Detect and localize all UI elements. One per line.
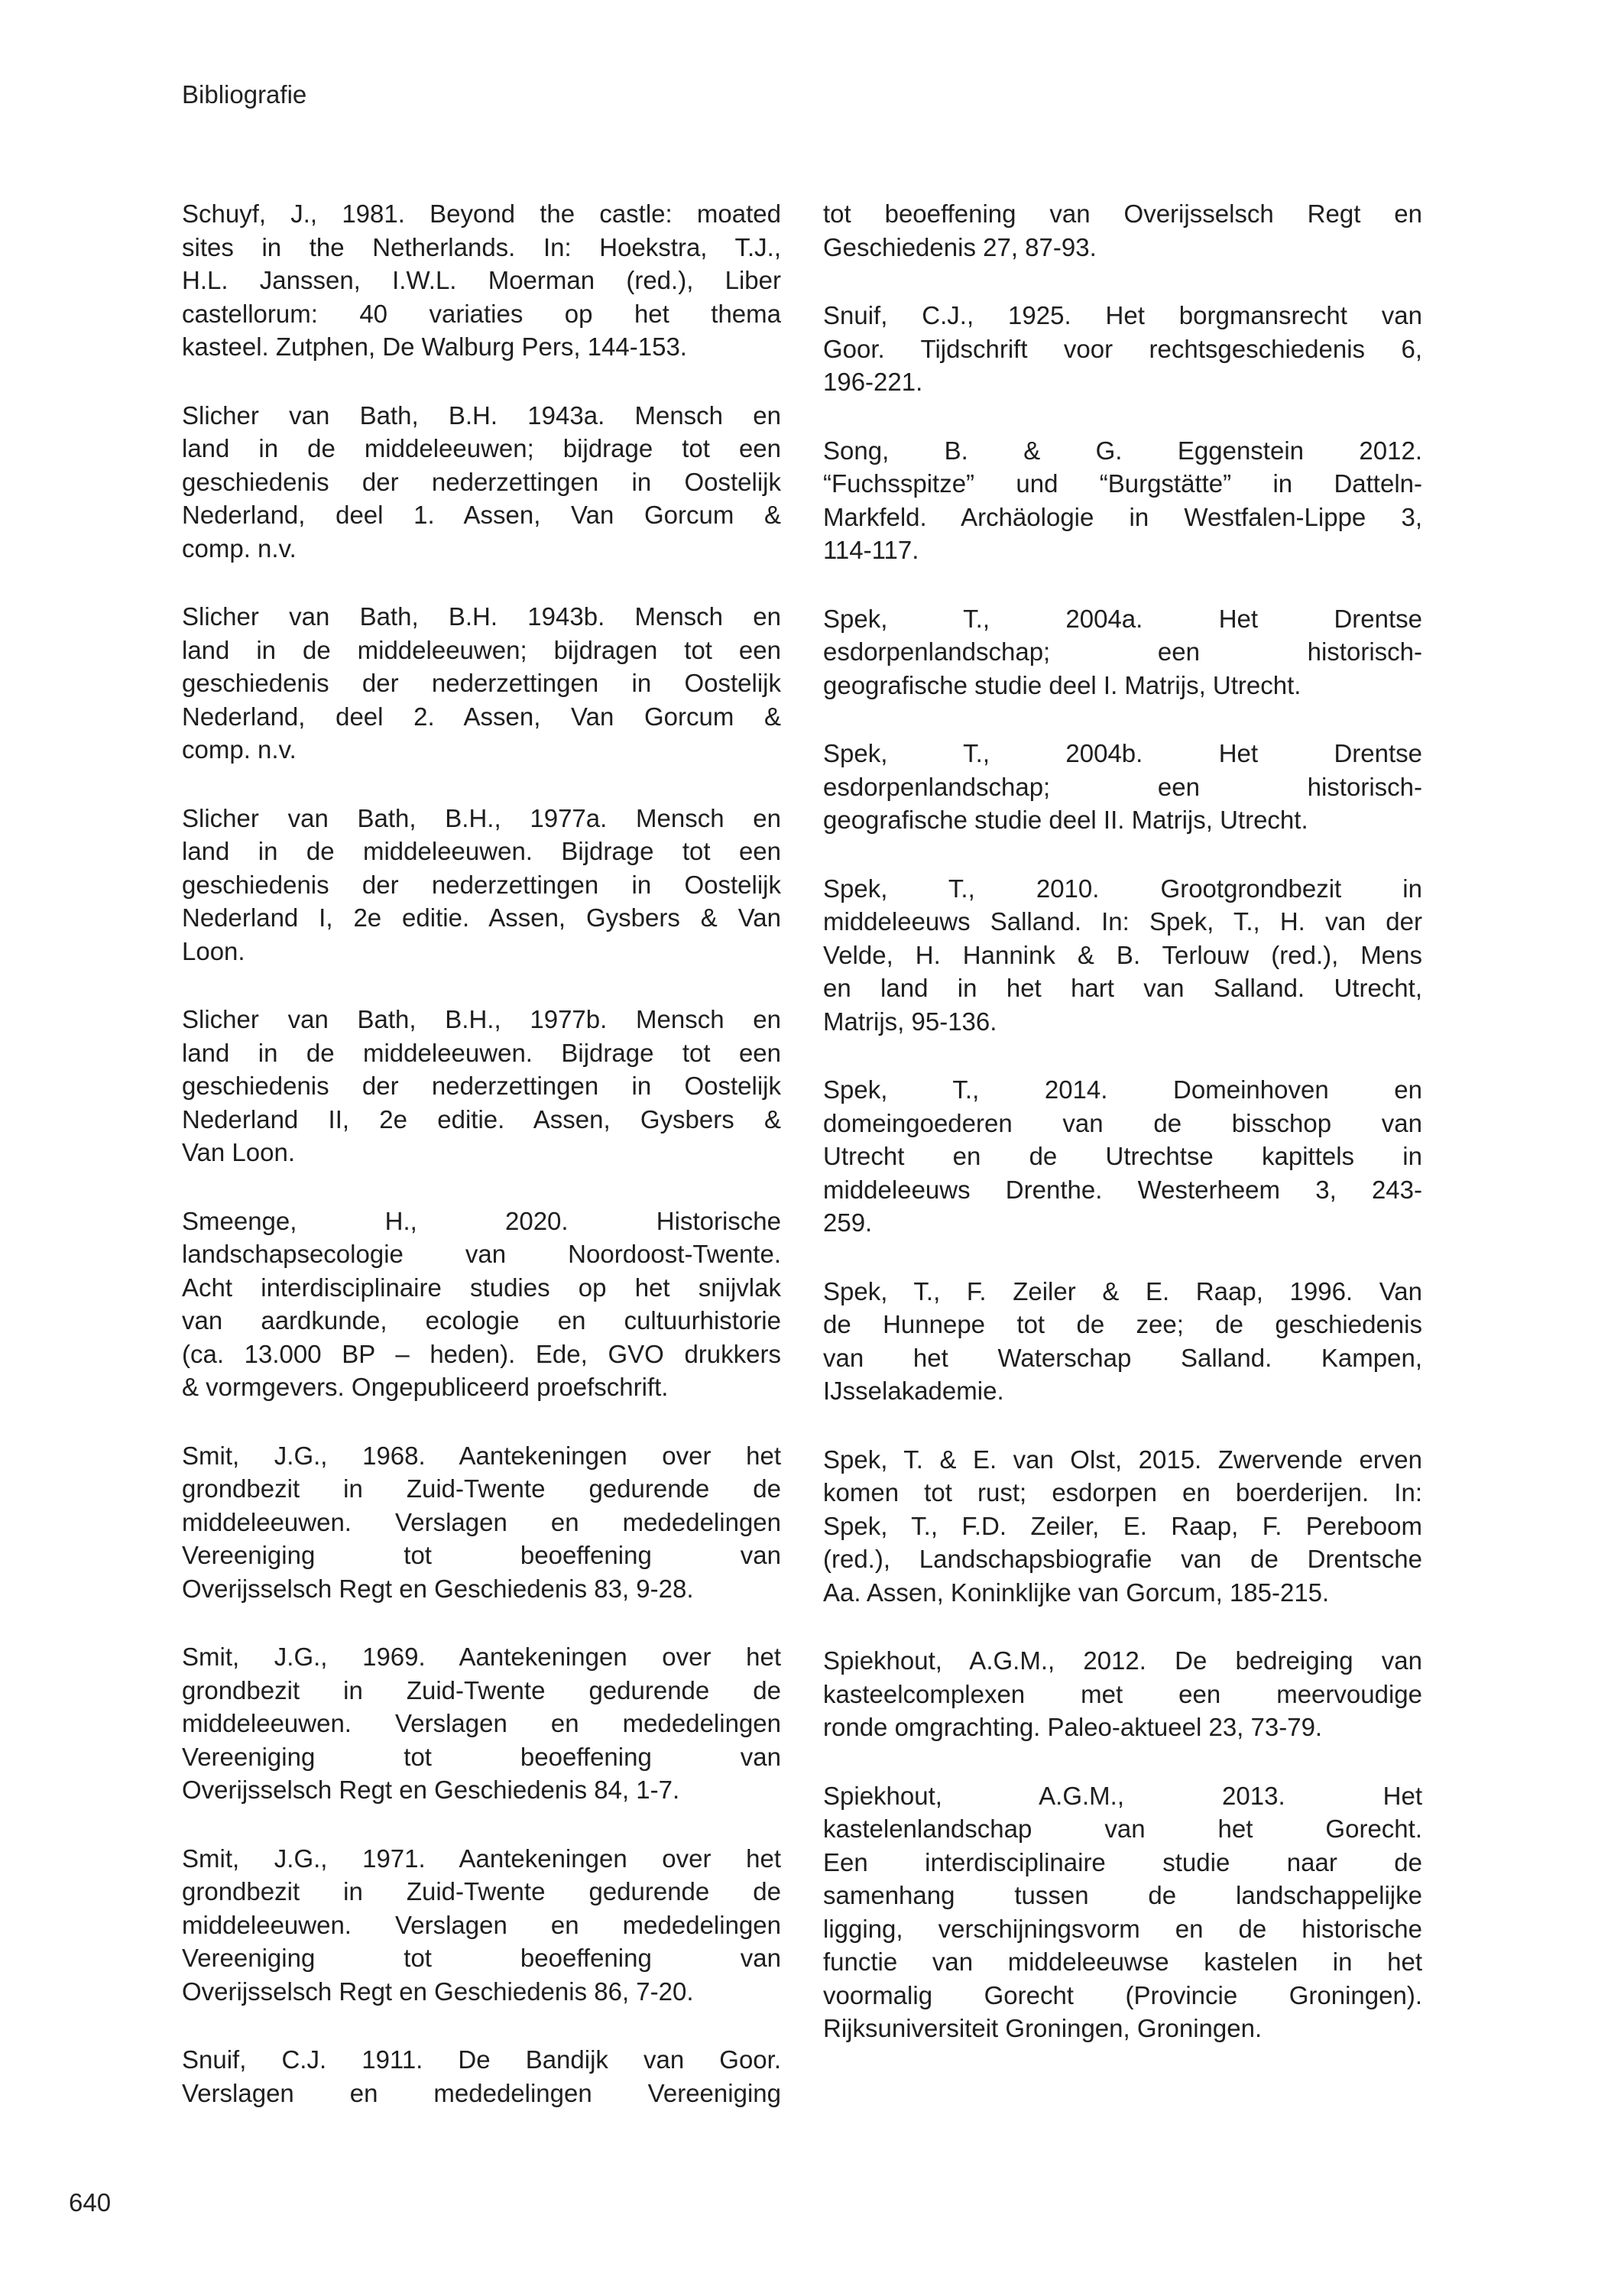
bibliography-entry: Slicher van Bath, B.H. 1943a. Mensch enl… xyxy=(182,399,781,566)
entry-line: Snuif, C.J. 1911. De Bandijk van Goor. xyxy=(182,2043,781,2077)
entry-line: van aardkunde, ecologie en cultuurhistor… xyxy=(182,1304,781,1338)
entry-line: Slicher van Bath, B.H. 1943a. Mensch en xyxy=(182,399,781,433)
entry-line: Markfeld. Archäologie in Westfalen-Lippe… xyxy=(823,501,1422,534)
entry-line: komen tot rust; esdorpen en boerderijen.… xyxy=(823,1476,1422,1510)
entry-line: middeleeuws Salland. In: Spek, T., H. va… xyxy=(823,905,1422,939)
entry-line: 259. xyxy=(823,1206,1422,1240)
entry-line: en land in het hart van Salland. Utrecht… xyxy=(823,971,1422,1005)
bibliography-entry: Slicher van Bath, B.H. 1943b. Mensch enl… xyxy=(182,600,781,767)
entry-line: Goor. Tijdschrift voor rechtsgeschiedeni… xyxy=(823,332,1422,366)
entry-line: castellorum: 40 variaties op het thema xyxy=(182,297,781,331)
bibliography-entry: Smit, J.G., 1969. Aantekeningen over het… xyxy=(182,1640,781,1807)
entry-line: Spek, T., 2004a. Het Drentse xyxy=(823,602,1422,636)
entry-line: Smit, J.G., 1969. Aantekeningen over het xyxy=(182,1640,781,1674)
entry-line: geografische studie deel II. Matrijs, Ut… xyxy=(823,803,1422,837)
bibliography-entry: Spek, T., 2014. Domeinhoven endomeingoed… xyxy=(823,1073,1422,1240)
entry-line: Verslagen en mededelingen Vereeniging xyxy=(182,2077,781,2110)
entry-line: Een interdisciplinaire studie naar de xyxy=(823,1846,1422,1879)
entry-line: Smit, J.G., 1968. Aantekeningen over het xyxy=(182,1439,781,1473)
entry-line: comp. n.v. xyxy=(182,733,781,767)
entry-line: Nederland I, 2e editie. Assen, Gysbers &… xyxy=(182,901,781,935)
entry-line: Overijsselsch Regt en Geschiedenis 86, 7… xyxy=(182,1975,781,2009)
entry-line: geschiedenis der nederzettingen in Ooste… xyxy=(182,1069,781,1103)
entry-line: tot beoeffening van Overijsselsch Regt e… xyxy=(823,197,1422,231)
bibliography-entry: Smeenge, H., 2020. Historischelandschaps… xyxy=(182,1205,781,1404)
bibliography-entry: Spiekhout, A.G.M., 2013. Hetkastelenland… xyxy=(823,1779,1422,2045)
entry-line: domeingoederen van de bisschop van xyxy=(823,1107,1422,1140)
entry-line: Vereeniging tot beoeffening van xyxy=(182,1941,781,1975)
entry-line: Velde, H. Hannink & B. Terlouw (red.), M… xyxy=(823,939,1422,972)
bibliography-entry: Smit, J.G., 1971. Aantekeningen over het… xyxy=(182,1842,781,2009)
entry-line: (red.), Landschapsbiografie van de Drent… xyxy=(823,1542,1422,1576)
entry-line: samenhang tussen de landschappelijke xyxy=(823,1879,1422,1912)
entry-line: middeleeuwen. Verslagen en mededelingen xyxy=(182,1909,781,1942)
bibliography-entry: Slicher van Bath, B.H., 1977b. Mensch en… xyxy=(182,1003,781,1169)
entry-line: Vereeniging tot beoeffening van xyxy=(182,1539,781,1572)
entry-line: sites in the Netherlands. In: Hoekstra, … xyxy=(182,231,781,264)
entry-line: Rijksuniversiteit Groningen, Groningen. xyxy=(823,2012,1422,2045)
bibliography-entry: Spiekhout, A.G.M., 2012. De bedreiging v… xyxy=(823,1644,1422,1744)
entry-line: Spek, T., F.D. Zeiler, E. Raap, F. Pereb… xyxy=(823,1510,1422,1543)
running-header: Bibliografie xyxy=(182,79,306,110)
entry-line: ligging, verschijningsvorm en de histori… xyxy=(823,1912,1422,1946)
entry-line: geografische studie deel I. Matrijs, Utr… xyxy=(823,669,1422,702)
entry-line: kastelenlandschap van het Gorecht. xyxy=(823,1812,1422,1846)
entry-line: Smit, J.G., 1971. Aantekeningen over het xyxy=(182,1842,781,1876)
entry-line: kasteel. Zutphen, De Walburg Pers, 144-1… xyxy=(182,330,781,364)
entry-line: Slicher van Bath, B.H. 1943b. Mensch en xyxy=(182,600,781,634)
bibliography-entry: Smit, J.G., 1968. Aantekeningen over het… xyxy=(182,1439,781,1606)
entry-line: Spek, T., 2014. Domeinhoven en xyxy=(823,1073,1422,1107)
entry-line: grondbezit in Zuid-Twente gedurende de xyxy=(182,1674,781,1708)
entry-line: Spiekhout, A.G.M., 2012. De bedreiging v… xyxy=(823,1644,1422,1678)
entry-line: IJsselakademie. xyxy=(823,1374,1422,1408)
entry-line: land in de middeleeuwen. Bijdrage tot ee… xyxy=(182,835,781,868)
entry-line: geschiedenis der nederzettingen in Ooste… xyxy=(182,868,781,902)
entry-line: Spek, T., 2004b. Het Drentse xyxy=(823,737,1422,770)
entry-line: ronde omgrachting. Paleo-aktueel 23, 73-… xyxy=(823,1711,1422,1744)
entry-line: Slicher van Bath, B.H., 1977a. Mensch en xyxy=(182,802,781,835)
entry-line: geschiedenis der nederzettingen in Ooste… xyxy=(182,666,781,700)
page-number: 640 xyxy=(69,2188,111,2218)
entry-line: grondbezit in Zuid-Twente gedurende de xyxy=(182,1875,781,1909)
entry-line: Schuyf, J., 1981. Beyond the castle: moa… xyxy=(182,197,781,231)
entry-line: Spiekhout, A.G.M., 2013. Het xyxy=(823,1779,1422,1813)
bibliography-entry: Snuif, C.J., 1925. Het borgmansrecht van… xyxy=(823,299,1422,399)
entry-line: Acht interdisciplinaire studies op het s… xyxy=(182,1271,781,1305)
entry-line: 114-117. xyxy=(823,534,1422,567)
bibliography-column-left: Schuyf, J., 1981. Beyond the castle: moa… xyxy=(182,197,781,2145)
entry-line: Loon. xyxy=(182,935,781,968)
entry-line: comp. n.v. xyxy=(182,532,781,566)
entry-line: (ca. 13.000 BP – heden). Ede, GVO drukke… xyxy=(182,1338,781,1371)
entry-line: H.L. Janssen, I.W.L. Moerman (red.), Lib… xyxy=(182,264,781,297)
entry-line: “Fuchsspitze” und “Burgstätte” in Dattel… xyxy=(823,467,1422,501)
entry-line: Nederland, deel 2. Assen, Van Gorcum & xyxy=(182,700,781,734)
entry-line: Spek, T. & E. van Olst, 2015. Zwervende … xyxy=(823,1443,1422,1477)
entry-line: Smeenge, H., 2020. Historische xyxy=(182,1205,781,1238)
entry-line: Slicher van Bath, B.H., 1977b. Mensch en xyxy=(182,1003,781,1036)
bibliography-entry: Schuyf, J., 1981. Beyond the castle: moa… xyxy=(182,197,781,364)
entry-line: grondbezit in Zuid-Twente gedurende de xyxy=(182,1472,781,1506)
entry-line: Nederland II, 2e editie. Assen, Gysbers … xyxy=(182,1103,781,1137)
entry-line: Van Loon. xyxy=(182,1136,781,1169)
entry-line: Nederland, deel 1. Assen, Van Gorcum & xyxy=(182,498,781,532)
entry-line: Utrecht en de Utrechtse kapittels in xyxy=(823,1140,1422,1173)
entry-line: Vereeniging tot beoeffening van xyxy=(182,1740,781,1774)
entry-line: voormalig Gorecht (Provincie Groningen). xyxy=(823,1979,1422,2012)
entry-line: middeleeuws Drenthe. Westerheem 3, 243- xyxy=(823,1173,1422,1207)
bibliography-entry: Spek, T., F. Zeiler & E. Raap, 1996. Van… xyxy=(823,1275,1422,1408)
entry-line: de Hunnepe tot de zee; de geschiedenis xyxy=(823,1308,1422,1341)
entry-line: landschapsecologie van Noordoost-Twente. xyxy=(182,1237,781,1271)
entry-line: Geschiedenis 27, 87-93. xyxy=(823,231,1422,264)
entry-line: Snuif, C.J., 1925. Het borgmansrecht van xyxy=(823,299,1422,332)
entry-line: functie van middeleeuwse kastelen in het xyxy=(823,1945,1422,1979)
entry-line: Overijsselsch Regt en Geschiedenis 84, 1… xyxy=(182,1773,781,1807)
bibliography-entry: tot beoeffening van Overijsselsch Regt e… xyxy=(823,197,1422,264)
entry-line: & vormgevers. Ongepubliceerd proefschrif… xyxy=(182,1370,781,1404)
entry-line: land in de middeleeuwen; bijdrage tot ee… xyxy=(182,432,781,465)
entry-line: Song, B. & G. Eggenstein 2012. xyxy=(823,434,1422,468)
entry-line: geschiedenis der nederzettingen in Ooste… xyxy=(182,465,781,499)
bibliography-entry: Spek, T., 2004b. Het Drentseesdorpenland… xyxy=(823,737,1422,837)
bibliography-entry: Spek, T., 2004a. Het Drentseesdorpenland… xyxy=(823,602,1422,702)
entry-line: middeleeuwen. Verslagen en mededelingen xyxy=(182,1506,781,1539)
entry-line: Matrijs, 95-136. xyxy=(823,1005,1422,1039)
entry-line: middeleeuwen. Verslagen en mededelingen xyxy=(182,1707,781,1740)
entry-line: Spek, T., 2010. Grootgrondbezit in xyxy=(823,872,1422,906)
bibliography-entry: Song, B. & G. Eggenstein 2012.“Fuchsspit… xyxy=(823,434,1422,567)
bibliography-entry: Snuif, C.J. 1911. De Bandijk van Goor.Ve… xyxy=(182,2043,781,2110)
bibliography-entry: Spek, T. & E. van Olst, 2015. Zwervende … xyxy=(823,1443,1422,1610)
entry-line: van het Waterschap Salland. Kampen, xyxy=(823,1341,1422,1375)
entry-line: esdorpenlandschap; een historisch- xyxy=(823,770,1422,804)
entry-line: Aa. Assen, Koninklijke van Gorcum, 185-2… xyxy=(823,1576,1422,1610)
entry-line: land in de middeleeuwen; bijdragen tot e… xyxy=(182,634,781,667)
entry-line: land in de middeleeuwen. Bijdrage tot ee… xyxy=(182,1036,781,1070)
entry-line: Overijsselsch Regt en Geschiedenis 83, 9… xyxy=(182,1572,781,1606)
bibliography-column-right: tot beoeffening van Overijsselsch Regt e… xyxy=(823,197,1422,2081)
entry-line: esdorpenlandschap; een historisch- xyxy=(823,635,1422,669)
bibliography-entry: Slicher van Bath, B.H., 1977a. Mensch en… xyxy=(182,802,781,968)
entry-line: kasteelcomplexen met een meervoudige xyxy=(823,1678,1422,1711)
entry-line: Spek, T., F. Zeiler & E. Raap, 1996. Van xyxy=(823,1275,1422,1309)
bibliography-entry: Spek, T., 2010. Grootgrondbezit inmiddel… xyxy=(823,872,1422,1039)
entry-line: 196-221. xyxy=(823,365,1422,399)
